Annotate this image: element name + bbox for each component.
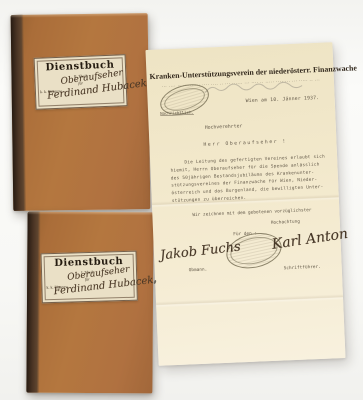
- signature-right-name: Karl Anton: [271, 226, 349, 253]
- closing-word: Hochachtung: [271, 219, 300, 225]
- book-cover: [11, 13, 151, 211]
- book-spine: [26, 212, 40, 393]
- book-spine: [11, 15, 27, 211]
- signature-left-title: Obmann.: [189, 267, 208, 273]
- fold-crease: [156, 294, 343, 308]
- stamp-note: Nachrichtlich.: [160, 110, 194, 116]
- book-label: Dienstbuch II. Theil für k. k. Finanzw. …: [34, 54, 128, 110]
- salutation-greeting: Hochverehrter: [205, 123, 243, 130]
- service-book-top: Dienstbuch II. Theil für k. k. Finanzw. …: [11, 13, 151, 211]
- salutation-addressee: Herr Oberaufseher !: [203, 138, 287, 147]
- closing-line: Wir zeichnen mit dem gebotenen vorzüglic…: [192, 207, 311, 217]
- service-book-bottom: Dienstbuch I. Theil für k. k. Finanzw. O…: [26, 212, 153, 394]
- letter-document: Kranken-Unterstützungsverein der niederö…: [145, 42, 345, 366]
- signature-right-title: Schriftführer.: [284, 264, 321, 270]
- book-label: Dienstbuch I. Theil für k. k. Finanzw. O…: [40, 251, 137, 304]
- photo-backdrop: Dienstbuch II. Theil für k. k. Finanzw. …: [0, 0, 363, 400]
